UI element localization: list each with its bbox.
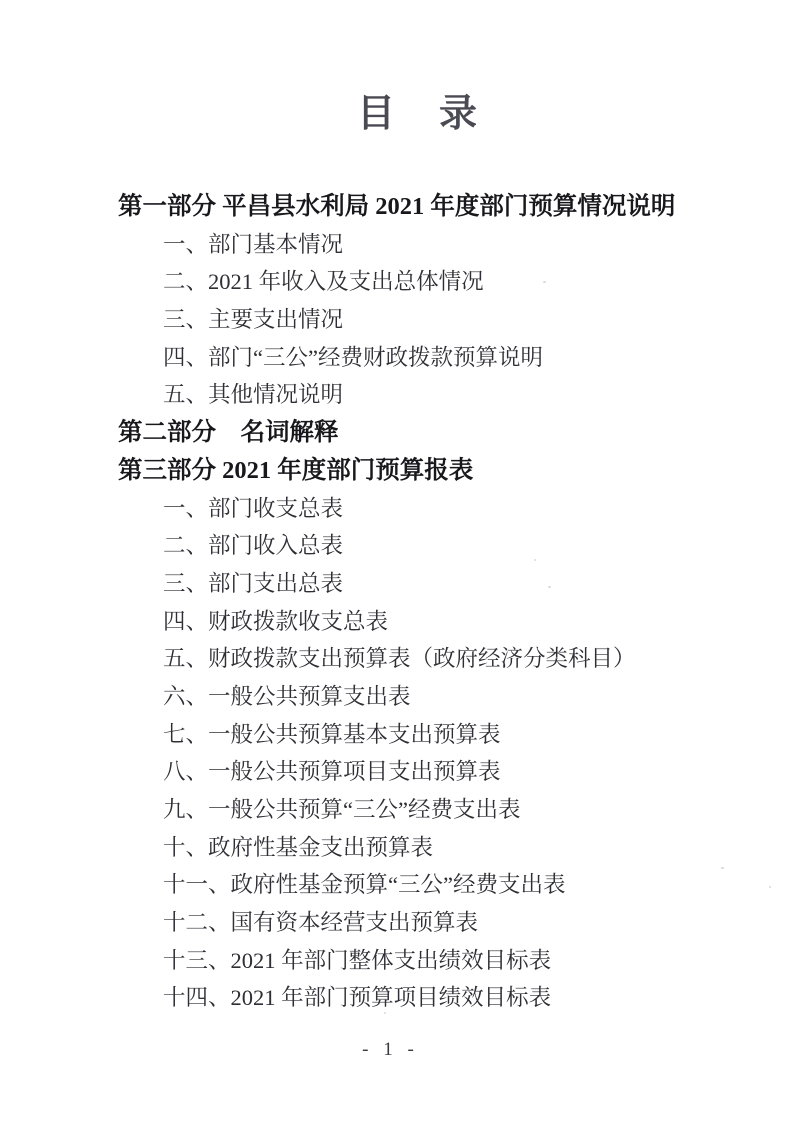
toc-item: 十三、2021 年部门整体支出绩效目标表 — [118, 942, 793, 980]
toc-item: 一、部门收支总表 — [118, 490, 793, 528]
toc-item: 四、财政拨款收支总表 — [118, 603, 793, 641]
toc-item: 十、政府性基金支出预算表 — [118, 829, 793, 867]
toc-item: 二、部门收入总表 — [118, 527, 793, 565]
document-page: 目 录 第一部分 平昌县水利局 2021 年度部门预算情况说明一、部门基本情况二… — [0, 0, 793, 1121]
toc-item: 九、一般公共预算“三公”经费支出表 — [118, 791, 793, 829]
toc-item: 五、财政拨款支出预算表（政府经济分类科目） — [118, 640, 793, 678]
table-of-contents: 第一部分 平昌县水利局 2021 年度部门预算情况说明一、部门基本情况二、202… — [0, 188, 793, 1017]
toc-item: 三、部门支出总表 — [118, 565, 793, 603]
toc-section-heading: 第三部分 2021 年度部门预算报表 — [118, 452, 793, 490]
scan-speck — [543, 281, 546, 283]
scan-speck — [721, 867, 724, 869]
toc-section-heading: 第二部分 名词解释 — [118, 414, 793, 452]
toc-item: 三、主要支出情况 — [118, 301, 793, 339]
toc-item: 一、部门基本情况 — [118, 226, 793, 264]
toc-item: 五、其他情况说明 — [118, 376, 793, 414]
toc-item: 十二、国有资本经营支出预算表 — [118, 904, 793, 942]
toc-item: 十四、2021 年部门预算项目绩效目标表 — [118, 979, 793, 1017]
toc-item: 六、一般公共预算支出表 — [118, 678, 793, 716]
scan-speck — [534, 559, 536, 561]
toc-item: 八、一般公共预算项目支出预算表 — [118, 753, 793, 791]
toc-item: 四、部门“三公”经费财政拨款预算说明 — [118, 339, 793, 377]
toc-item: 十一、政府性基金预算“三公”经费支出表 — [118, 866, 793, 904]
scan-speck — [384, 1012, 386, 1014]
scan-speck — [769, 886, 771, 888]
toc-section-heading: 第一部分 平昌县水利局 2021 年度部门预算情况说明 — [118, 188, 793, 226]
scan-speck — [548, 586, 551, 588]
toc-item: 七、一般公共预算基本支出预算表 — [118, 716, 793, 754]
page-title: 目 录 — [22, 0, 793, 136]
page-number: - 1 - — [0, 1039, 781, 1061]
toc-item: 二、2021 年收入及支出总体情况 — [118, 263, 793, 301]
